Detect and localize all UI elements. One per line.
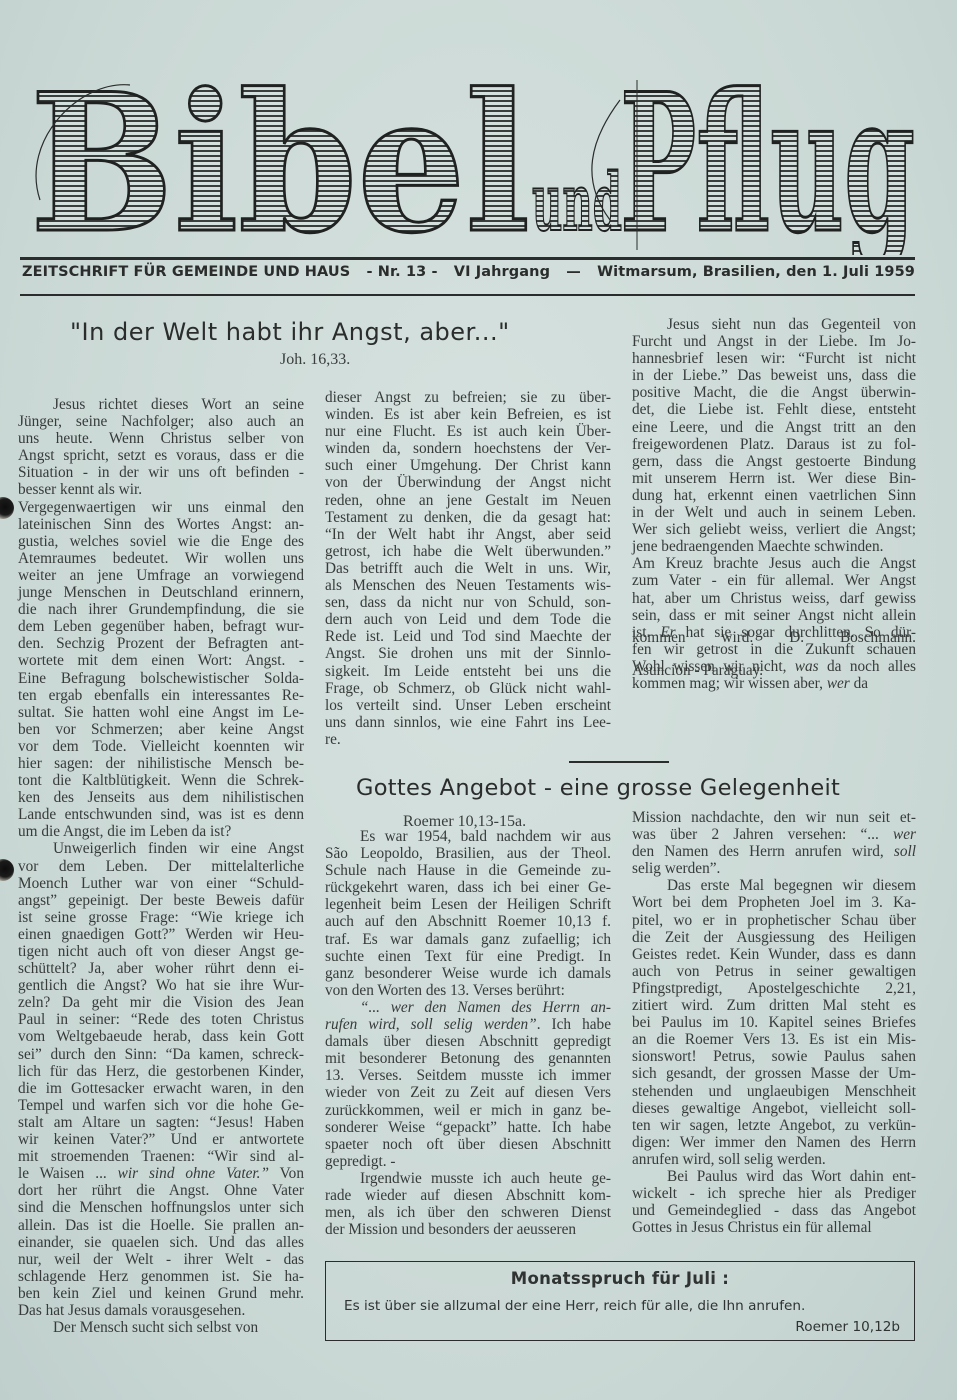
paragraph: Vergegenwaertigen wir uns einmal denlate…: [18, 499, 304, 841]
text-line: zurückkommen, weil er mich in ganz be-: [325, 1102, 611, 1119]
article1-reference: Joh. 16,33.: [280, 351, 350, 369]
text-line: Mission nachdachte, den wir nun seit et-: [632, 809, 916, 826]
masthead-rule-bottom: [20, 294, 915, 296]
masthead-title-pflug: Pflug: [620, 60, 915, 255]
text-line: sonderer Weise “gepackt” hatte. Ich habe: [325, 1119, 611, 1136]
text-line: sein, dass er mit seiner Angst nicht all…: [632, 607, 916, 624]
text-line: Unweigerlich finden wir eine Angst: [18, 840, 304, 857]
text-line: Das betrifft auch die Welt in uns. Wir,: [325, 560, 611, 577]
text-line: sigkeit. Im Leide entsteht bei uns die: [325, 663, 611, 680]
author-signature: D. Boschmann.: [789, 629, 916, 646]
text-line: dieses gewaltige Angebot, vielleicht sol…: [632, 1100, 916, 1117]
text-line: in der Welt und auch in seinem Leben.: [632, 504, 916, 521]
article1-column2: dieser Angst zu befreien; sie zu über-wi…: [325, 389, 611, 748]
paragraph: Der Mensch sucht sich selbst von: [18, 1319, 304, 1336]
text-line: Moench Luther war von einer “Schuld-: [18, 875, 304, 892]
text-line: wortete mit dem einen Wort: Angst. -: [18, 652, 304, 669]
text-line: pitel, wo er in prophetischer Schau über: [632, 912, 916, 929]
text-line: le Waisen ... wir sind ohne Vater.” Von: [18, 1165, 304, 1182]
text-line: die nach ihrer Grundempfindung, die sie: [18, 601, 304, 618]
text-line: die im Gottesacker erwacht waren, in den: [18, 1080, 304, 1097]
monthly-verse-box: Monatsspruch für Juli : Es ist über sie …: [325, 1261, 915, 1341]
text-line: vor dem Leben. Der mittelalterliche: [18, 858, 304, 875]
text-line: sich gesandt, der grossen Masse der Um-: [632, 1065, 916, 1082]
text-line: selig werden”.: [632, 860, 916, 877]
text-line: hannesbrief lesen wir: “Furcht ist nicht: [632, 350, 916, 367]
text-line: zum Vater - ein für allemal. Wer Angst: [632, 572, 916, 589]
text-line: Wort bei dem Propheten Joel im 3. Ka-: [632, 894, 916, 911]
text-line: gentlich die Angst? Wo hat sie ihre Wur-: [18, 977, 304, 994]
text-line: digen: Wer immer den Namen des Herrn: [632, 1134, 916, 1151]
text-line: gepredigt. -: [325, 1153, 611, 1170]
text-line: von der Überwindung der Angst nicht: [325, 474, 611, 491]
text-line: uns heute. Wenn Christus selber von: [18, 430, 304, 447]
text-line: freigewordenen Platz. Daraus ist zu fol-: [632, 436, 916, 453]
text-line: Das erste Mal begegnen wir diesem: [632, 877, 916, 894]
text-line: vom Weltgebaeude herab, dass kein Gott: [18, 1028, 304, 1045]
text-line: was über 2 Jahren versehen: “... wer: [632, 826, 916, 843]
publication-tagline: ZEITSCHRIFT FÜR GEMEINDE UND HAUS: [22, 264, 350, 280]
monthly-verse-title: Monatsspruch für Juli :: [326, 1269, 914, 1288]
text-line: Lande entschwunden sind, was ist es denn: [18, 806, 304, 823]
text-line: wieder von Zeit zu Zeit auf diesen Vers: [325, 1084, 611, 1101]
text-line: sen, dass da nicht nur von Schuld, son-: [325, 594, 611, 611]
masthead-subtitle: ZEITSCHRIFT FÜR GEMEINDE UND HAUS - Nr. …: [22, 264, 915, 280]
text-line: spaeter noch oft über diesen Abschnitt: [325, 1136, 611, 1153]
masthead-rule-top: [20, 257, 915, 260]
text-line: ben vor Schmerzen; aber keine Angst: [18, 721, 304, 738]
text-line: “In der Welt habt ihr Angst, aber seid: [325, 526, 611, 543]
binder-hole-icon: [0, 859, 14, 881]
text-line: Paul in seiner: “Rede des toten Christus: [18, 1011, 304, 1028]
paragraph: Unweigerlich finden wir eine Angstvor de…: [18, 840, 304, 1319]
text-line: São Leopoldo, Brasilien, aus der Theol.: [325, 845, 611, 862]
text-line: uns dann sinnlos, wie eine Fahrt ins Lee…: [325, 714, 611, 731]
monthly-verse-text: Es ist über sie allzumal der eine Herr, …: [344, 1298, 805, 1314]
text-line: zitiert wird. Zum dritten Mal steht es: [632, 997, 916, 1014]
paragraph: dieser Angst zu befreien; sie zu über-wi…: [325, 389, 611, 748]
paragraph: Jesus sieht nun das Gegenteil vonFurcht …: [632, 316, 916, 555]
text-line: reden, ohne an jene Gestalt im Neuen: [325, 492, 611, 509]
place-date: Witmarsum, Brasilien, den 1. Juli 1959: [597, 264, 915, 280]
text-line: legenheit beim Lesen der Heiligen Schrif…: [325, 896, 611, 913]
volume: VI Jahrgang: [454, 264, 550, 280]
text-line: wir keinen Vater?” Und er antwortete: [18, 1131, 304, 1148]
text-line: det, die Liebe ist. Fehlt diese, entsteh…: [632, 401, 916, 418]
text-line: schlagende Herz genommen ist. Sie ha-: [18, 1268, 304, 1285]
text-line: lateinischen Sinn des Wortes Angst: an-: [18, 516, 304, 533]
text-line: rufen wird, soll selig werden”. Ich habe: [325, 1016, 611, 1033]
text-line: Irgendwie musste ich auch heute ge-: [325, 1170, 611, 1187]
text-line: auch auf den Abschnitt Roemer 10,13 f.: [325, 913, 611, 930]
text-line: den. Sechzig Prozent der Befragten ant-: [18, 635, 304, 652]
text-line: re.: [325, 731, 611, 748]
text-line: Angst. Sie drohen uns mit der Sinnlo-: [325, 645, 611, 662]
text-line: Es war 1954, bald nachdem wir aus: [325, 828, 611, 845]
text-line: Wer sich geliebt weiss, verliert die Ang…: [632, 521, 916, 538]
article-separator: [569, 761, 669, 763]
text-line: allein. Das ist die Hoelle. Sie prallen …: [18, 1217, 304, 1234]
paragraph: Jesus richtet dieses Wort an seineJünger…: [18, 396, 304, 499]
author-location: Asuncion - Paraguay.: [632, 662, 916, 679]
text-line: Schule nach Hause in die Gemeinde zu-: [325, 862, 611, 879]
paragraph: “... wer den Namen des Herrn an-rufen wi…: [325, 999, 611, 1170]
text-line: vor dem Tode. Vielleicht koennten wir: [18, 738, 304, 755]
text-line: Geistes redet. Kein Wunder, dass es dann: [632, 946, 916, 963]
text-line: Testament zu denken, die da gesagt hat:: [325, 509, 611, 526]
text-line: damals über diesen Abschnitt gepredigt: [325, 1033, 611, 1050]
text-line: jene bedraengenden Maechte schwinden.: [632, 538, 916, 555]
text-line: weiter an jene Umfrage an vorwiegend: [18, 567, 304, 584]
binder-hole-icon: [0, 497, 14, 519]
text-line: Jesus richtet dieses Wort an seine: [18, 396, 304, 413]
closing-line: kommen wird.: [632, 629, 753, 646]
text-line: eine Leere, und die Angst tritt an den: [632, 419, 916, 436]
text-line: den Namen des Herrn anrufen wird, soll: [632, 843, 916, 860]
text-line: Das hat Jesus damals vorausgesehen.: [18, 1302, 304, 1319]
text-line: rückgekehrt waren, dass ich bei einer Ge…: [325, 879, 611, 896]
text-line: auch von Petrus in seiner gewaltigen: [632, 963, 916, 980]
dash: —: [566, 264, 581, 280]
text-line: wickelt - ich spreche hier als Prediger: [632, 1185, 916, 1202]
masthead-title-bibel: Bibel: [30, 60, 530, 255]
text-line: dort her rührt die Angst. Ohne Vater: [18, 1182, 304, 1199]
text-line: in der Liebe.” Das beweist uns, dass die: [632, 367, 916, 384]
text-line: Tempel und warfen sich vor die hohe Ge-: [18, 1097, 304, 1114]
text-line: dieser Angst zu befreien; sie zu über-: [325, 389, 611, 406]
text-line: dern auch von Leid und dem Tode die: [325, 611, 611, 628]
text-line: hier sagen: der nihilistische Mensch be-: [18, 755, 304, 772]
text-line: tigen nicht auch oft von dieser Angst ge…: [18, 943, 304, 960]
text-line: nur eine Flucht. Es ist auch kein Über-: [325, 423, 611, 440]
text-line: Eine Befragung bolschewistischer Solda-: [18, 670, 304, 687]
newspaper-page: Bibel und Pflug ZEITSCHRIFT FÜR GEMEINDE…: [0, 0, 957, 1400]
text-line: Pfingstpredigt, Apostelgeschichte 2,21,: [632, 980, 916, 997]
text-line: Situation - in der wir uns oft befinden …: [18, 464, 304, 481]
text-line: von den Worten des 13. Verses berührt:: [325, 982, 611, 999]
text-line: tont die Kaltblütigkeit. Wenn die Schrek…: [18, 772, 304, 789]
text-line: gustia, welches soviel wie die Enge des: [18, 533, 304, 550]
text-line: mit besonderer Betonung des genannten: [325, 1050, 611, 1067]
article1-title: "In der Welt habt ihr Angst, aber...": [70, 318, 590, 346]
text-line: stalt am Altare un sagten: “Jesus! Haben: [18, 1114, 304, 1131]
text-line: ken des Jenseits aus dem nihilistischen: [18, 789, 304, 806]
issue-number: - Nr. 13 -: [367, 264, 438, 280]
text-line: junge Menschen in Deutschland erinnern,: [18, 584, 304, 601]
article2-column1: Es war 1954, bald nachdem wir ausSão Leo…: [325, 828, 611, 1238]
text-line: sionswort! Petrus, sowie Paulus sahen: [632, 1048, 916, 1065]
text-line: dung hat, erkennt einen vaetrlichen Sinn: [632, 487, 916, 504]
text-line: die Zeit der Ausgiessung des Heiligen: [632, 929, 916, 946]
text-line: los verteilt sind. Unser Leben erscheint: [325, 697, 611, 714]
text-line: Bei Paulus wird das Wort dahin ent-: [632, 1168, 916, 1185]
text-line: anrufen wird, soll selig werden.: [632, 1151, 916, 1168]
masthead-logo: Bibel und Pflug: [20, 60, 920, 255]
text-line: lich für das Herz, die gestorbenen Kinde…: [18, 1063, 304, 1080]
text-line: ist seine grosse Frage: “Wie kriege ich: [18, 909, 304, 926]
text-line: schüttelt? Ja, aber woher rührt denn ei-: [18, 960, 304, 977]
text-line: sind die Menschen hoffnungslos unter sic…: [18, 1199, 304, 1216]
text-line: positive Macht, die die Angst überwin-: [632, 384, 916, 401]
text-line: einander, sie quaelen sich. Und das alle…: [18, 1234, 304, 1251]
text-line: stehenden und unglaeubigen Menschheit: [632, 1083, 916, 1100]
text-line: ganz besonderer Weise wurde ich damals: [325, 965, 611, 982]
text-line: hat, aber um Christus weiss, darf gewiss: [632, 590, 916, 607]
article2-column2: Mission nachdachte, den wir nun seit et-…: [632, 809, 916, 1236]
text-line: ten ergab ebenfalls ein interessantes Re…: [18, 687, 304, 704]
text-line: nur, weil der Welt - ihrer Welt - das: [18, 1251, 304, 1268]
text-line: angst” gepeinigt. Der beste Beweis dafür: [18, 892, 304, 909]
article1-column1: Jesus richtet dieses Wort an seineJünger…: [18, 396, 304, 1336]
text-line: traf. Es war damals ganz zufaellig; ich: [325, 931, 611, 948]
text-line: und Gemeindeglied - dass das Angebot: [632, 1202, 916, 1219]
text-line: getrost, ich habe die Welt überwunden.”: [325, 543, 611, 560]
text-line: einen gnaedigen Gott?” Werden wir Heu-: [18, 926, 304, 943]
text-line: Der Mensch sucht sich selbst von: [18, 1319, 304, 1336]
article2-title: Gottes Angebot - eine grosse Gelegenheit: [356, 775, 936, 801]
text-line: gern, dass die Angst gestoerte Bindung: [632, 453, 916, 470]
text-line: ben kein Ziel und keinen Grund mehr.: [18, 1285, 304, 1302]
text-line: Furcht und Angst in der Liebe. Im Jo-: [632, 333, 916, 350]
text-line: men, als ich über den schweren Dienst: [325, 1204, 611, 1221]
text-line: such einer Umgehung. Der Christ kann: [325, 457, 611, 474]
text-line: mit stroemenden Traenen: “Wir sind al-: [18, 1148, 304, 1165]
text-line: mit unserem Herrn ist. Wer diese Bin-: [632, 470, 916, 487]
text-line: winden da, sondern hoechstens der Ver-: [325, 440, 611, 457]
paragraph: Mission nachdachte, den wir nun seit et-…: [632, 809, 916, 877]
paragraph: Es war 1954, bald nachdem wir ausSão Leo…: [325, 828, 611, 999]
text-line: winden. Es ist aber kein Befreien, es is…: [325, 406, 611, 423]
text-line: um die Angst, die im Leben da ist?: [18, 823, 304, 840]
text-line: Atemraumes bedeutet. Wir wollen uns: [18, 550, 304, 567]
text-line: Vergegenwaertigen wir uns einmal den: [18, 499, 304, 516]
monthly-verse-reference: Roemer 10,12b: [795, 1319, 900, 1335]
masthead-title-und: und: [532, 155, 622, 249]
text-line: Frage, ob Schmerz, ob Glück nicht wahl-: [325, 680, 611, 697]
text-line: an die Roemer Vers 13. Es ist ein Mis-: [632, 1031, 916, 1048]
text-line: zeln? Da geht mir die Vision des Jean: [18, 994, 304, 1011]
paragraph: Bei Paulus wird das Wort dahin ent-wicke…: [632, 1168, 916, 1236]
text-line: dem Leben gegenüber haben, befragt wur-: [18, 618, 304, 635]
text-line: Am Kreuz brachte Jesus auch die Angst: [632, 555, 916, 572]
text-line: suchte einen Text für eine Predigt. In: [325, 948, 611, 965]
text-line: Rede ist. Leid und Tod sind Maechte der: [325, 628, 611, 645]
paragraph: Das erste Mal begegnen wir diesemWort be…: [632, 877, 916, 1168]
text-line: sei” durch den Sinn: “Da kamen, schreck-: [18, 1046, 304, 1063]
text-line: als Menschen des Neuen Testaments wis-: [325, 577, 611, 594]
text-line: besser kennt als wir.: [18, 481, 304, 498]
text-line: 13. Verses. Seitdem musste ich immer: [325, 1067, 611, 1084]
text-line: sultat. Sie hatten wohl eine Angst im Le…: [18, 704, 304, 721]
text-line: der Mission und besonders der aeusseren: [325, 1221, 611, 1238]
text-line: Angst spricht, setzt es voraus, dass er …: [18, 447, 304, 464]
paragraph: Irgendwie musste ich auch heute ge-rade …: [325, 1170, 611, 1238]
text-line: Jünger, seine Nachfolger; also auch an: [18, 413, 304, 430]
article1-closing: kommen wird. D. Boschmann. Asuncion - Pa…: [632, 629, 916, 679]
text-line: Gottes in Jesus Christus ein für allemal: [632, 1219, 916, 1236]
text-line: Jesus sieht nun das Gegenteil von: [632, 316, 916, 333]
text-line: rade wieder auf diesen Abschnitt kom-: [325, 1187, 611, 1204]
text-line: ten wir sagen, letzte Angebot, zu verkün…: [632, 1117, 916, 1134]
text-line: “... wer den Namen des Herrn an-: [325, 999, 611, 1016]
text-line: bei Paulus im 10. Kapitel seines Briefes: [632, 1014, 916, 1031]
